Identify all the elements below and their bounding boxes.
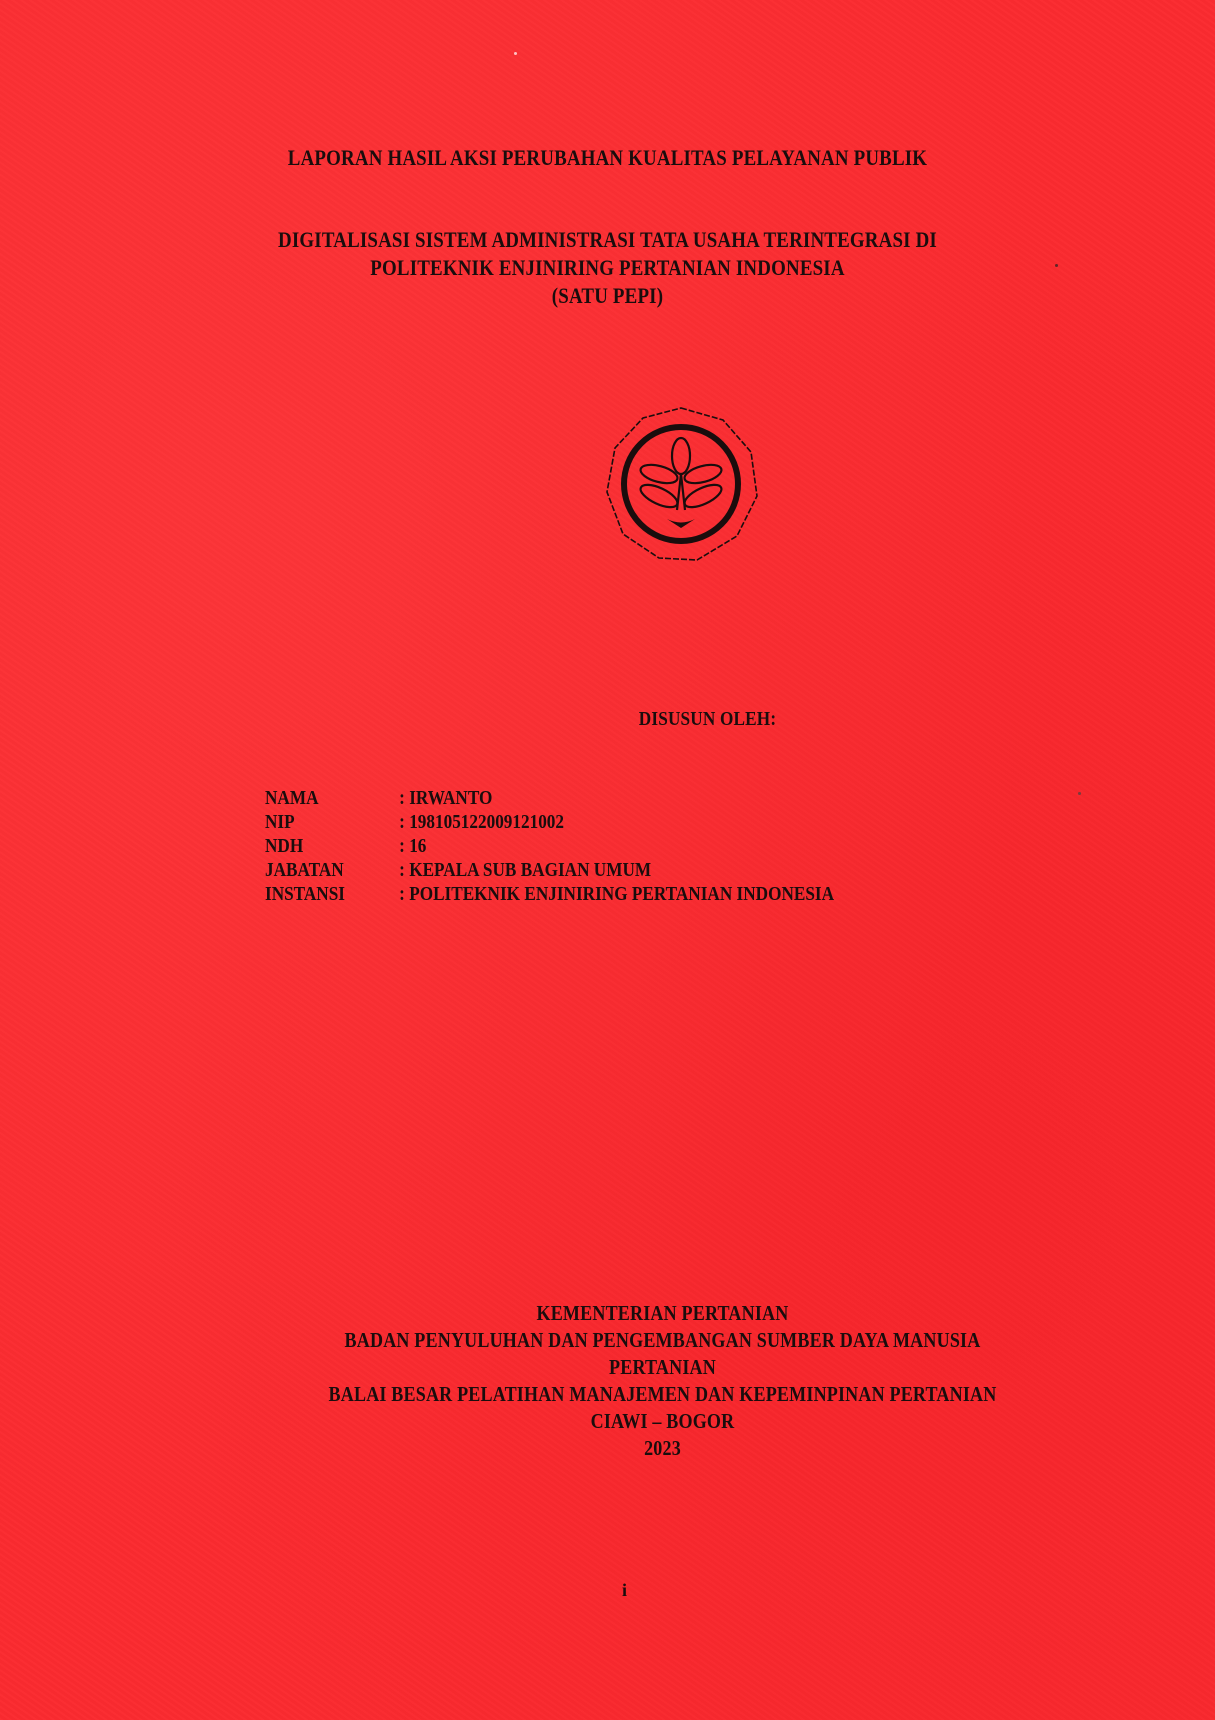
institution-block: KEMENTERIAN PERTANIAN BADAN PENYULUHAN D… [140, 1300, 1185, 1462]
info-value: : 198105122009121002 [399, 810, 564, 834]
info-row-nip: NIP : 198105122009121002 [265, 810, 834, 834]
paper-speck [514, 52, 517, 55]
author-info-table: NAMA : IRWANTO NIP : 198105122009121002 … [265, 786, 834, 906]
institution-line: PERTANIAN [140, 1354, 1185, 1381]
info-label: INSTANSI [265, 882, 399, 906]
subtitle-line: DIGITALISASI SISTEM ADMINISTRASI TATA US… [85, 226, 1130, 254]
info-row-nama: NAMA : IRWANTO [265, 786, 834, 810]
info-label: JABATAN [265, 858, 399, 882]
info-row-jabatan: JABATAN : KEPALA SUB BAGIAN UMUM [265, 858, 834, 882]
info-value: : 16 [399, 834, 426, 858]
institution-line: KEMENTERIAN PERTANIAN [140, 1300, 1185, 1327]
page-number: i [622, 1580, 627, 1601]
paper-speck [1078, 792, 1081, 795]
info-value: : POLITEKNIK ENJINIRING PERTANIAN INDONE… [399, 882, 834, 906]
institution-line: CIAWI – BOGOR [140, 1408, 1185, 1435]
info-value: : KEPALA SUB BAGIAN UMUM [399, 858, 651, 882]
subtitle-line: (SATU PEPI) [85, 282, 1130, 310]
institution-line: BADAN PENYULUHAN DAN PENGEMBANGAN SUMBER… [140, 1327, 1185, 1354]
ministry-emblem-icon [601, 404, 761, 564]
info-value: : IRWANTO [399, 786, 492, 810]
compiled-by-label: DISUSUN OLEH: [185, 708, 1215, 731]
institution-line: 2023 [140, 1435, 1185, 1462]
info-label: NDH [265, 834, 399, 858]
info-label: NIP [265, 810, 399, 834]
info-row-instansi: INSTANSI : POLITEKNIK ENJINIRING PERTANI… [265, 882, 834, 906]
institution-line: BALAI BESAR PELATIHAN MANAJEMEN DAN KEPE… [140, 1381, 1185, 1408]
report-title: LAPORAN HASIL AKSI PERUBAHAN KUALITAS PE… [85, 145, 1130, 171]
subtitle-line: POLITEKNIK ENJINIRING PERTANIAN INDONESI… [85, 254, 1130, 282]
info-row-ndh: NDH : 16 [265, 834, 834, 858]
report-subtitle: DIGITALISASI SISTEM ADMINISTRASI TATA US… [85, 226, 1130, 310]
info-label: NAMA [265, 786, 399, 810]
